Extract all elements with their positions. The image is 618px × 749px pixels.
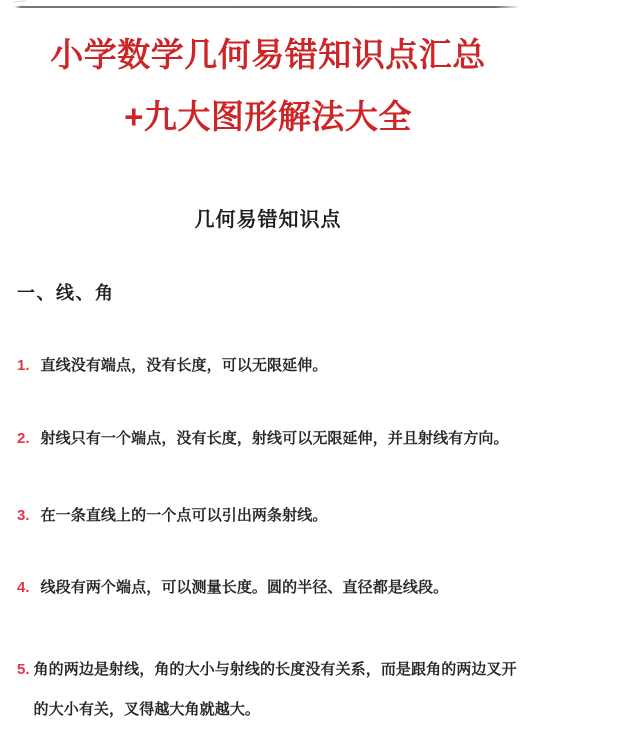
list-item: 3. 在一条直线上的一个点可以引出两条射线。 [17,505,605,527]
section-heading: 几何易错知识点 [0,203,536,232]
list-item-text: 在一条直线上的一个点可以引出两条射线。 [41,505,328,527]
top-divider-line [15,6,518,8]
list-item-number: 4. [17,577,30,599]
list-item-text: 射线只有一个端点，没有长度，射线可以无限延伸，并且射线有方向。 [41,428,509,450]
doc-title-line1: 小学数学几何易错知识点汇总 [0,38,536,71]
title-block: 小学数学几何易错知识点汇总 +九大图形解法大全 [0,38,536,133]
subsection-heading-line-angle: 一、线、角 [17,279,115,305]
list-item-number: 2. [17,428,30,450]
doc-title-line2: +九大图形解法大全 [0,100,536,133]
list-item: 5. 角的两边是射线，角的大小与射线的长度没有关系，而是跟角的两边叉开的大小有关… [17,650,605,730]
list-item-number: 1. [17,355,30,377]
document-page: 小学数学几何易错知识点汇总 +九大图形解法大全 几何易错知识点 一、线、角 1.… [0,0,618,749]
list-item: 1. 直线没有端点，没有长度，可以无限延伸。 [17,355,605,377]
list-item-text: 直线没有端点，没有长度，可以无限延伸。 [41,355,328,377]
list-item-number: 3. [17,505,30,527]
list-item-text: 角的两边是射线，角的大小与射线的长度没有关系，而是跟角的两边叉开的大小有关，叉得… [34,650,521,730]
list-item-number: 5. [17,650,30,690]
list-item: 4. 线段有两个端点，可以测量长度。圆的半径、直径都是线段。 [17,577,605,599]
list-item: 2. 射线只有一个端点，没有长度，射线可以无限延伸，并且射线有方向。 [17,428,605,450]
list-item-text: 线段有两个端点，可以测量长度。圆的半径、直径都是线段。 [41,577,449,599]
